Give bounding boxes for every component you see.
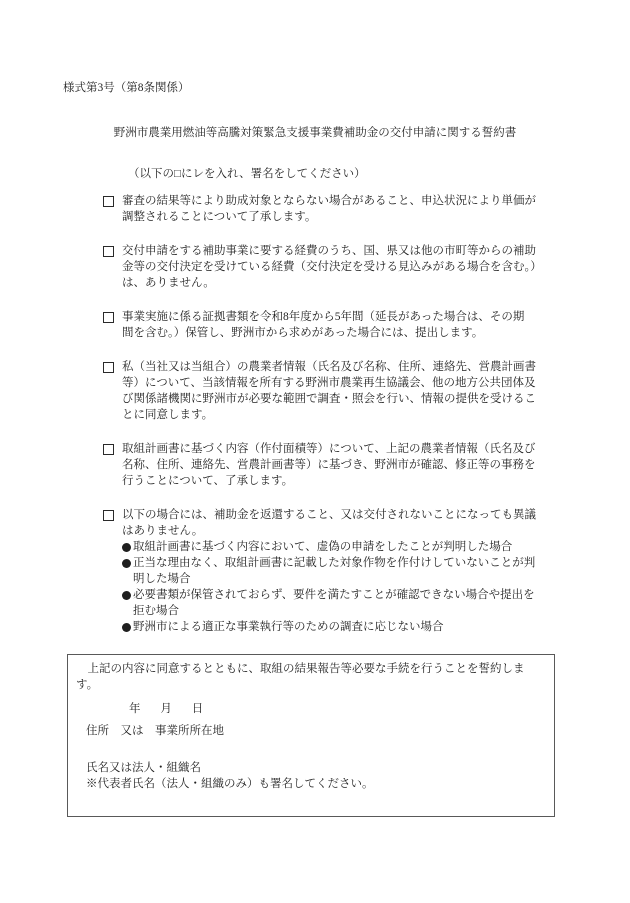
checkbox-unchecked-icon <box>103 444 114 455</box>
checklist-item: 取組計画書に基づく内容（作付面積等）について、上記の農業者情報（氏名及び 名称、… <box>103 441 630 489</box>
day-label: 日 <box>192 701 204 717</box>
document-title: 野洲市農業用燃油等高騰対策緊急支援事業費補助金の交付申請に関する誓約書 <box>0 125 630 141</box>
form-number: 様式第3号（第8条関係） <box>63 80 630 96</box>
forfeit-case-text: 取組計画書に基づく内容において、虚偽の申請をしたことが判明した場合 <box>133 539 512 555</box>
checklist-item: 私（当社又は当組合）の農業者情報（氏名及び名称、住所、連絡先、営農計画書 等）に… <box>103 359 630 423</box>
checklist-item: 以下の場合には、補助金を返還すること、又は交付されないことになっても異議 はあり… <box>103 507 630 635</box>
forfeit-case: 取組計画書に基づく内容において、虚偽の申請をしたことが判明した場合 <box>122 539 630 555</box>
signature-box: 上記の内容に同意するとともに、取組の結果報告等必要な手続を行うことを誓約しま す… <box>67 654 555 817</box>
checklist-item: 審査の結果等により助成対象とならない場合があること、申込状況により単価が 調整さ… <box>103 193 630 225</box>
checklist-item-text: 交付申請をする補助事業に要する経費のうち、国、県又は他の市町等からの補助 金等の… <box>122 243 630 291</box>
checkbox-unchecked-icon <box>103 312 114 323</box>
bullet-icon <box>122 623 131 632</box>
pledge-form-page: 様式第3号（第8条関係） 野洲市農業用燃油等高騰対策緊急支援事業費補助金の交付申… <box>0 0 630 903</box>
month-label: 月 <box>160 701 172 717</box>
forfeit-case: 必要書類が保管されておらず、要件を満たすことが確認できない場合や提出を 拒む場合 <box>122 587 630 619</box>
forfeit-case-text: 正当な理由なく、取組計画書に記載した対象作物を作付けしていないことが判 明した場… <box>133 555 535 587</box>
bullet-icon <box>122 543 131 552</box>
address-label: 住所 又は 事業所所在地 <box>86 723 546 739</box>
bullet-icon <box>122 559 131 568</box>
checkbox-unchecked-icon <box>103 196 114 207</box>
forfeit-case: 野洲市による適正な事業執行等のための調査に応じない場合 <box>122 619 630 635</box>
bullet-icon <box>122 591 131 600</box>
checklist-item: 事業実施に係る証拠書類を令和8年度から5年間（延長があった場合は、その期 間を含… <box>103 309 630 341</box>
checkbox-unchecked-icon <box>103 362 114 373</box>
representative-signature-note: ※代表者氏名（法人・組織のみ）も署名してください。 <box>86 776 546 792</box>
checklist-item-text: 審査の結果等により助成対象とならない場合があること、申込状況により単価が 調整さ… <box>122 193 630 225</box>
date-line: 年 月 日 <box>129 701 546 717</box>
fill-instruction: （以下の□にレを入れ、署名をしてください） <box>128 166 630 182</box>
checklist-item-text: 私（当社又は当組合）の農業者情報（氏名及び名称、住所、連絡先、営農計画書 等）に… <box>122 359 630 423</box>
checklist-item-text: 事業実施に係る証拠書類を令和8年度から5年間（延長があった場合は、その期 間を含… <box>122 309 630 341</box>
forfeit-case: 正当な理由なく、取組計画書に記載した対象作物を作付けしていないことが判 明した場… <box>122 555 630 587</box>
checklist-item: 交付申請をする補助事業に要する経費のうち、国、県又は他の市町等からの補助 金等の… <box>103 243 630 291</box>
forfeit-case-text: 野洲市による適正な事業執行等のための調査に応じない場合 <box>133 619 444 635</box>
checkbox-unchecked-icon <box>103 246 114 257</box>
checklist-item-text: 以下の場合には、補助金を返還すること、又は交付されないことになっても異議 はあり… <box>122 507 630 539</box>
checklist-item-text: 取組計画書に基づく内容（作付面積等）について、上記の農業者情報（氏名及び 名称、… <box>122 441 630 489</box>
pledge-statement: 上記の内容に同意するとともに、取組の結果報告等必要な手続を行うことを誓約しま す… <box>76 661 546 693</box>
checklist-item-body: 以下の場合には、補助金を返還すること、又は交付されないことになっても異議 はあり… <box>122 507 630 635</box>
year-label: 年 <box>129 701 141 717</box>
forfeit-case-text: 必要書類が保管されておらず、要件を満たすことが確認できない場合や提出を 拒む場合 <box>133 587 535 619</box>
checkbox-unchecked-icon <box>103 510 114 521</box>
checklist: 審査の結果等により助成対象とならない場合があること、申込状況により単価が 調整さ… <box>103 193 630 635</box>
name-label: 氏名又は法人・組織名 <box>86 760 546 776</box>
